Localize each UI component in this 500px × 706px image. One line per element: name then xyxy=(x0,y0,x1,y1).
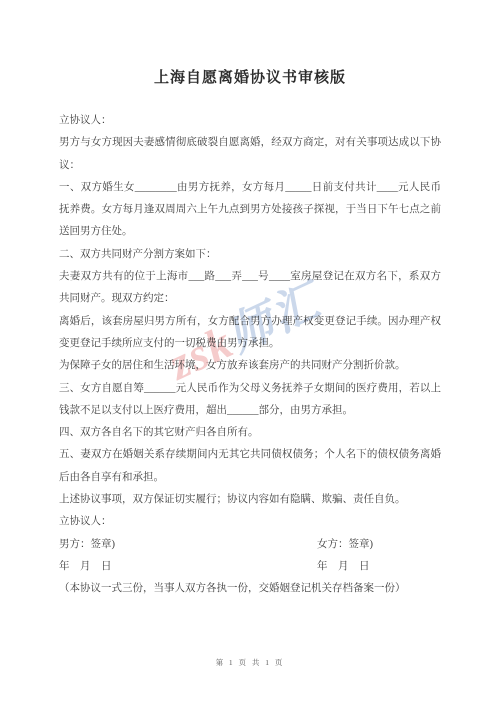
paragraph-clause-1-custody: 一、双方婚生女________由男方抚养，女方每月_____日前支付共计____… xyxy=(59,177,441,244)
document-body: 立协议人： 男方与女方现因夫妻感情彻底破裂自愿离婚，经双方商定，对有关事项达成以… xyxy=(59,110,441,601)
page-number-footer: 第 1 页 共 1 页 xyxy=(0,657,500,668)
signature-date-row: 年 月 日 年 月 日 xyxy=(59,556,441,578)
paragraph-clause-2-transfer: 离婚后，该套房屋归男方所有，女方配合男方办理产权变更登记手续。因办理产权变更登记… xyxy=(59,311,441,356)
document-title: 上海自愿离婚协议书审核版 xyxy=(0,66,500,90)
paragraph-clause-5-debts: 五、妻双方在婚姻关系存续期间内无其它共同债权债务；个人名下的债权债务离婚后由各自… xyxy=(59,444,441,489)
signature-name-row: 男方：签章) 女方：签章) xyxy=(59,534,441,556)
paragraph-clause-2-heading: 二、双方共同财产分割方案如下： xyxy=(59,244,441,266)
document-page: zsk师汇 上海自愿离婚协议书审核版 立协议人： 男方与女方现因夫妻感情彻底破裂… xyxy=(0,0,500,706)
copies-note: （本协议一式三份，当事人双方各执一份，交婚姻登记机关存档备案一份） xyxy=(59,578,441,600)
paragraph-parties-intro: 立协议人： xyxy=(59,110,441,132)
paragraph-clause-2-property: 夫妻双方共有的位于上海市___路___弄___号____室房屋登记在双方名下，系… xyxy=(59,266,441,311)
female-signature-label: 女方：签章) xyxy=(317,534,441,556)
paragraph-clause-3-medical: 三、女方自愿自筹______元人民币作为父母义务抚养子女期间的医疗费用，若以上钱… xyxy=(59,378,441,423)
male-signature-label: 男方：签章) xyxy=(59,534,317,556)
male-date-label: 年 月 日 xyxy=(59,556,317,578)
paragraph-signatories-label: 立协议人： xyxy=(59,511,441,533)
paragraph-clause-2-waiver: 为保障子女的居住和生活环境，女方放弃该套房产的共同财产分割折价款。 xyxy=(59,355,441,377)
paragraph-guarantee: 上述协议事项，双方保证切实履行；协议内容如有隐瞒、欺骗、责任自负。 xyxy=(59,489,441,511)
female-date-label: 年 月 日 xyxy=(317,556,441,578)
paragraph-clause-4-other-property: 四、双方各自名下的其它财产归各自所有。 xyxy=(59,422,441,444)
paragraph-preamble: 男方与女方现因夫妻感情彻底破裂自愿离婚，经双方商定，对有关事项达成以下协议： xyxy=(59,132,441,177)
